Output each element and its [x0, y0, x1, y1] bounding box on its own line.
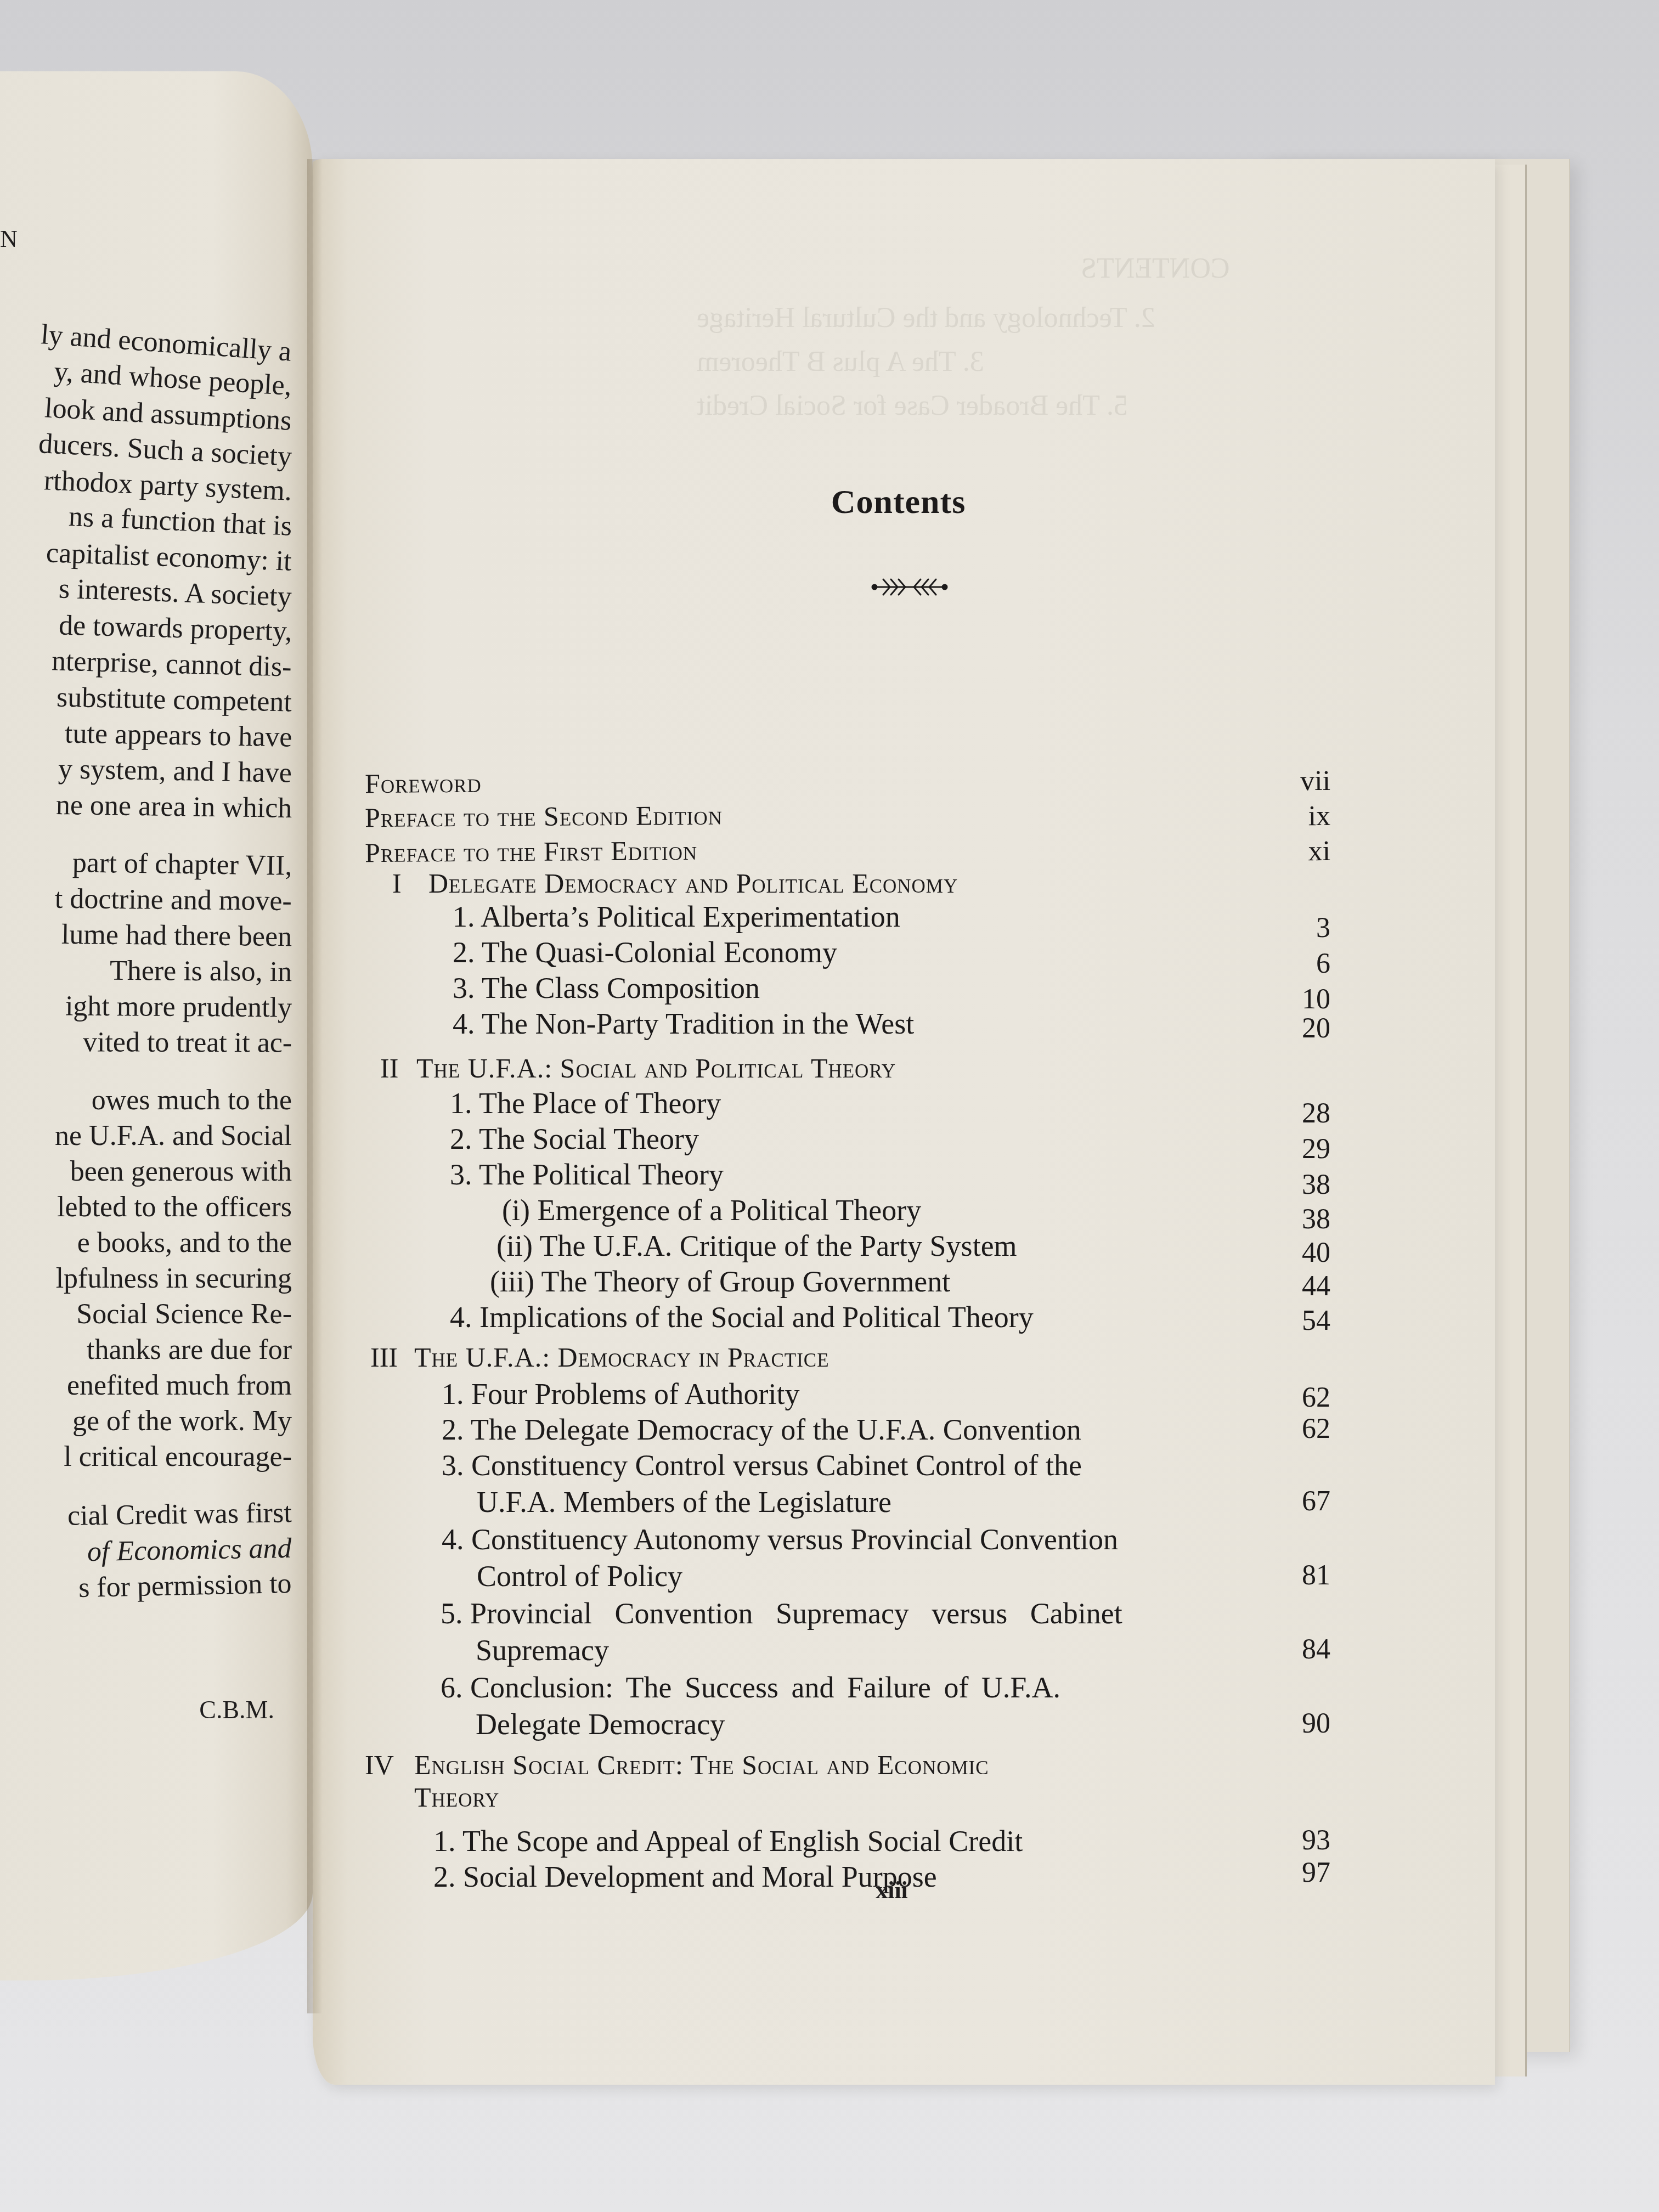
- text-line: part of chapter VII,: [72, 849, 292, 881]
- toc-section[interactable]: 2. The Social Theory 29: [450, 1122, 1330, 1156]
- running-head: N: [0, 225, 19, 253]
- text-line: ne one area in which: [55, 791, 292, 823]
- toc-page-number: 62: [1302, 1413, 1330, 1445]
- text-line: cial Credit was first: [67, 1499, 292, 1531]
- section-title: Alberta’s Political Experimentation: [481, 900, 900, 933]
- text-line: ne U.F.A. and Social: [55, 1122, 292, 1150]
- section-title: The Delegate Democracy of the U.F.A. Con…: [471, 1413, 1081, 1446]
- text-line: ns a function that is: [68, 503, 292, 541]
- section-number: 6.: [441, 1671, 463, 1704]
- section-title: The Quasi-Colonial Economy: [482, 936, 837, 969]
- toc-section[interactable]: 6. Conclusion: The Success and Failure o…: [441, 1671, 1330, 1705]
- toc-page-number: xi: [1308, 835, 1330, 867]
- chapter-title: English Social Credit: The Social and Ec…: [414, 1749, 989, 1781]
- toc-section[interactable]: 4. Constituency Autonomy versus Provinci…: [442, 1522, 1330, 1556]
- chapter-title: The U.F.A.: Democracy in Practice: [414, 1341, 830, 1373]
- text-line: de towards property,: [58, 611, 292, 646]
- chapter-title: The U.F.A.: Social and Political Theory: [416, 1052, 896, 1084]
- chapter-numeral: I: [392, 867, 428, 899]
- text-line: lume had there been: [61, 921, 292, 951]
- subsection-title: Emergence of a Political Theory: [537, 1194, 921, 1227]
- section-title: The Non-Party Tradition in the West: [482, 1007, 914, 1040]
- chapter-numeral: IV: [365, 1749, 414, 1781]
- section-title: Constituency Control versus Cabinet Cont…: [471, 1449, 1082, 1482]
- section-number: 2.: [442, 1413, 464, 1446]
- text-line: look and assumptions: [44, 394, 292, 436]
- section-number: 3.: [442, 1449, 464, 1482]
- text-line: s for permission to: [78, 1570, 292, 1602]
- toc-section[interactable]: 1. Four Problems of Authority 62: [442, 1377, 1330, 1411]
- book-gutter: [307, 159, 323, 2013]
- section-title-continued: Control of Policy: [477, 1559, 682, 1593]
- toc-page-number: 54: [1302, 1305, 1330, 1337]
- fleuron-ornament-icon: [871, 576, 948, 598]
- toc-page-number: 44: [1302, 1270, 1330, 1302]
- text-line: rthodox party system.: [43, 466, 292, 506]
- toc-page-number: 93: [1302, 1824, 1330, 1857]
- section-number: 1.: [450, 1087, 472, 1120]
- text-line: been generous with: [70, 1158, 292, 1186]
- section-title-continued: Delegate Democracy: [476, 1707, 725, 1741]
- author-initials: C.B.M.: [199, 1695, 274, 1724]
- open-book: N ly and economically a y, and whose peo…: [0, 0, 1659, 2212]
- toc-entry-label: Preface to the Second Edition: [365, 799, 723, 834]
- toc-section[interactable]: 4. Implications of the Social and Politi…: [450, 1300, 1330, 1334]
- text-line: lpfulness in securing: [56, 1265, 292, 1293]
- text-line: nterprise, cannot dis-: [52, 647, 292, 681]
- subsection-number: (ii): [496, 1229, 533, 1262]
- text-line: thanks are due for: [87, 1336, 292, 1364]
- text-line: tute appears to have: [64, 719, 292, 752]
- subsection-title: The U.F.A. Critique of the Party System: [540, 1229, 1017, 1262]
- section-number: 1.: [442, 1378, 464, 1410]
- section-title: The Scope and Appeal of English Social C…: [462, 1825, 1023, 1858]
- subsection-number: (i): [502, 1194, 530, 1227]
- subsection-number: (iii): [490, 1265, 534, 1298]
- text-line: y system, and I have: [58, 755, 292, 787]
- toc-entry-label: Preface to the First Edition: [365, 834, 698, 868]
- toc-page-number: 62: [1302, 1381, 1330, 1414]
- toc-entry-preface-first-edition[interactable]: Preface to the First Edition xi: [365, 828, 1330, 869]
- text-line: ducers. Such a society: [38, 430, 292, 471]
- text-line: ge of the work. My: [72, 1407, 292, 1436]
- subsection-title: The Theory of Group Government: [541, 1265, 951, 1298]
- section-title: The Place of Theory: [479, 1087, 721, 1120]
- text-line: lebted to the officers: [57, 1193, 292, 1222]
- toc-chapter-2[interactable]: IIThe U.F.A.: Social and Political Theor…: [380, 1051, 1346, 1085]
- section-number: 2.: [453, 936, 475, 969]
- section-title: Conclusion: The Success and Failure of U…: [470, 1671, 1060, 1704]
- section-title: Four Problems of Authority: [471, 1378, 800, 1410]
- section-number: 4.: [453, 1007, 475, 1040]
- toc-section[interactable]: 5. Provincial Convention Supremacy versu…: [441, 1596, 1330, 1630]
- section-number: 3.: [450, 1158, 472, 1191]
- chapter-title: Delegate Democracy and Political Economy: [428, 867, 958, 899]
- toc-page-number: 84: [1302, 1633, 1330, 1666]
- right-page: CONTENTS 2. Technology and the Cultural …: [313, 159, 1495, 2085]
- section-number: 5.: [441, 1597, 463, 1630]
- toc-section[interactable]: 2. The Delegate Democracy of the U.F.A. …: [442, 1413, 1330, 1447]
- toc-section[interactable]: 4. The Non-Party Tradition in the West 2…: [453, 1007, 1330, 1041]
- chapter-numeral: II: [380, 1052, 416, 1084]
- toc-page-number: 67: [1302, 1485, 1330, 1517]
- section-title: The Social Theory: [479, 1122, 699, 1155]
- toc-section[interactable]: 3. The Class Composition 10: [453, 971, 1330, 1005]
- toc-section[interactable]: 1. The Scope and Appeal of English Socia…: [433, 1824, 1330, 1858]
- page-number-folio: xiii: [301, 1876, 1483, 1904]
- page-title: Contents: [307, 483, 1489, 522]
- text-line: ight more prudently: [65, 992, 292, 1023]
- toc-entry-preface-second-edition[interactable]: Preface to the Second Edition ix: [365, 793, 1330, 834]
- section-number: 3.: [453, 972, 475, 1005]
- section-number: 2.: [450, 1122, 472, 1155]
- toc-page-number: 90: [1302, 1707, 1330, 1740]
- toc-chapter-3[interactable]: IIIThe U.F.A.: Democracy in Practice: [370, 1340, 1336, 1374]
- toc-subsection[interactable]: (i) Emergence of a Political Theory 38: [502, 1193, 1330, 1227]
- toc-chapter-1[interactable]: IDelegate Democracy and Political Econom…: [392, 866, 1358, 900]
- toc-section[interactable]: 1. The Place of Theory 28: [450, 1086, 1330, 1120]
- toc-section[interactable]: 2. The Quasi-Colonial Economy 6: [453, 935, 1330, 969]
- toc-chapter-4[interactable]: IVEnglish Social Credit: The Social and …: [365, 1747, 1330, 1781]
- text-line: substitute competent: [57, 684, 292, 717]
- toc-section[interactable]: 1. Alberta’s Political Experimentation 3: [453, 900, 1330, 934]
- section-title: The Political Theory: [479, 1158, 724, 1191]
- left-page: N ly and economically a y, and whose peo…: [0, 71, 313, 1980]
- chapter-numeral: III: [370, 1341, 414, 1373]
- toc-page-number: vii: [1300, 765, 1330, 797]
- section-title-continued: Supremacy: [476, 1633, 609, 1667]
- section-number: 4.: [442, 1523, 464, 1556]
- text-line: owes much to the: [92, 1086, 292, 1115]
- toc-section[interactable]: 3. The Political Theory 38: [450, 1158, 1330, 1192]
- toc-subsection[interactable]: (ii) The U.F.A. Critique of the Party Sy…: [496, 1229, 1330, 1263]
- text-line: e books, and to the: [77, 1229, 292, 1257]
- toc-page-number: ix: [1308, 800, 1330, 832]
- contents-page: Contents Foreword vii: [313, 159, 1495, 2085]
- section-title: Implications of the Social and Political…: [479, 1301, 1034, 1334]
- section-title: Provincial Convention Supremacy versus C…: [470, 1597, 1122, 1630]
- text-line: There is also, in: [110, 957, 292, 986]
- text-line: enefited much from: [67, 1372, 292, 1400]
- text-line: capitalist economy: it: [46, 539, 292, 576]
- section-title-continued: U.F.A. Members of the Legislature: [477, 1485, 891, 1519]
- section-number: 1.: [453, 900, 475, 933]
- toc-subsection[interactable]: (iii) The Theory of Group Government 44: [490, 1265, 1330, 1299]
- text-line: Social Science Re-: [76, 1300, 292, 1329]
- section-number: 4.: [450, 1301, 472, 1334]
- text-line: s interests. A society: [59, 575, 292, 612]
- toc-section[interactable]: 3. Constituency Control versus Cabinet C…: [442, 1448, 1330, 1482]
- toc-entry-label: Foreword: [365, 767, 482, 799]
- section-number: 1.: [433, 1825, 456, 1858]
- section-title: Constituency Autonomy versus Provincial …: [471, 1523, 1118, 1556]
- section-title: The Class Composition: [482, 972, 760, 1005]
- chapter-title-continued: Theory: [414, 1781, 499, 1813]
- text-line: of Economics and: [87, 1534, 292, 1566]
- text-line: vited to treat it ac-: [83, 1028, 292, 1057]
- text-line: l critical encourage-: [64, 1443, 292, 1471]
- text-line: t doctrine and move-: [55, 885, 292, 916]
- toc-page-number: 81: [1302, 1559, 1330, 1592]
- toc-page-number: 20: [1302, 1012, 1330, 1045]
